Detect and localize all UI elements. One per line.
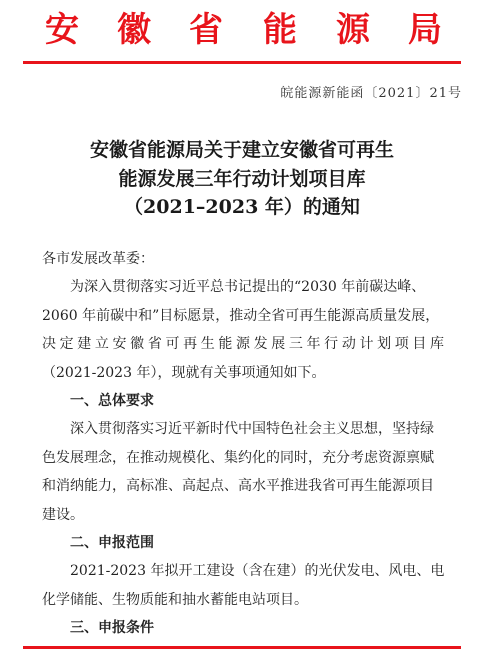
section-line: 建设。 [42,501,444,529]
document-body: 各市发展改革委： 为深入贯彻落实习近平总书记提出的“2030 年前碳达峰、 20… [42,245,444,642]
top-red-rule [23,61,461,64]
section-line: 和消纳能力，高标准、高起点、高水平推进我省可再生能源项目 [42,472,444,500]
section-line: 深入贯彻落实习近平新时代中国特色社会主义思想，坚持绿 [42,415,444,443]
letterhead-char: 局 [405,8,445,52]
section-heading-general-requirements: 一、总体要求 [42,387,444,415]
document-title: 安徽省能源局关于建立安徽省可再生 能源发展三年行动计划项目库 （2021–202… [0,136,484,222]
letterhead-char: 安 [42,8,82,52]
title-line: （2021–2023 年）的通知 [0,193,484,222]
title-line: 能源发展三年行动计划项目库 [0,165,484,194]
section-line: 色发展理念，在推动规模化、集约化的同时，充分考虑资源禀赋 [42,444,444,472]
bottom-red-rule [23,646,461,649]
section-heading-application-scope: 二、申报范围 [42,529,444,557]
title-line: 安徽省能源局关于建立安徽省可再生 [0,136,484,165]
intro-line: 为深入贯彻落实习近平总书记提出的“2030 年前碳达峰、 [42,273,444,301]
intro-line: 决定建立安徽省可再生能源发展三年行动计划项目库 [42,330,444,358]
letterhead-char: 源 [333,8,373,52]
section-heading-application-conditions: 三、申报条件 [42,614,444,642]
salutation: 各市发展改革委： [42,245,444,273]
intro-line: （2021-2023 年），现就有关事项通知如下。 [42,359,444,387]
intro-line: 2060 年前碳中和”目标愿景，推动全省可再生能源高质量发展， [42,302,444,330]
document-number: 皖能源新能函〔2021〕21号 [280,85,462,103]
letterhead-char: 省 [186,8,226,52]
letterhead-char: 徽 [114,8,154,52]
section-line: 化学储能、生物质能和抽水蓄能电站项目。 [42,586,444,614]
letterhead: 安 徽 省 能 源 局 [0,8,484,54]
section-line: 2021-2023 年拟开工建设（含在建）的光伏发电、风电、电 [42,557,444,585]
letterhead-char: 能 [260,8,300,52]
